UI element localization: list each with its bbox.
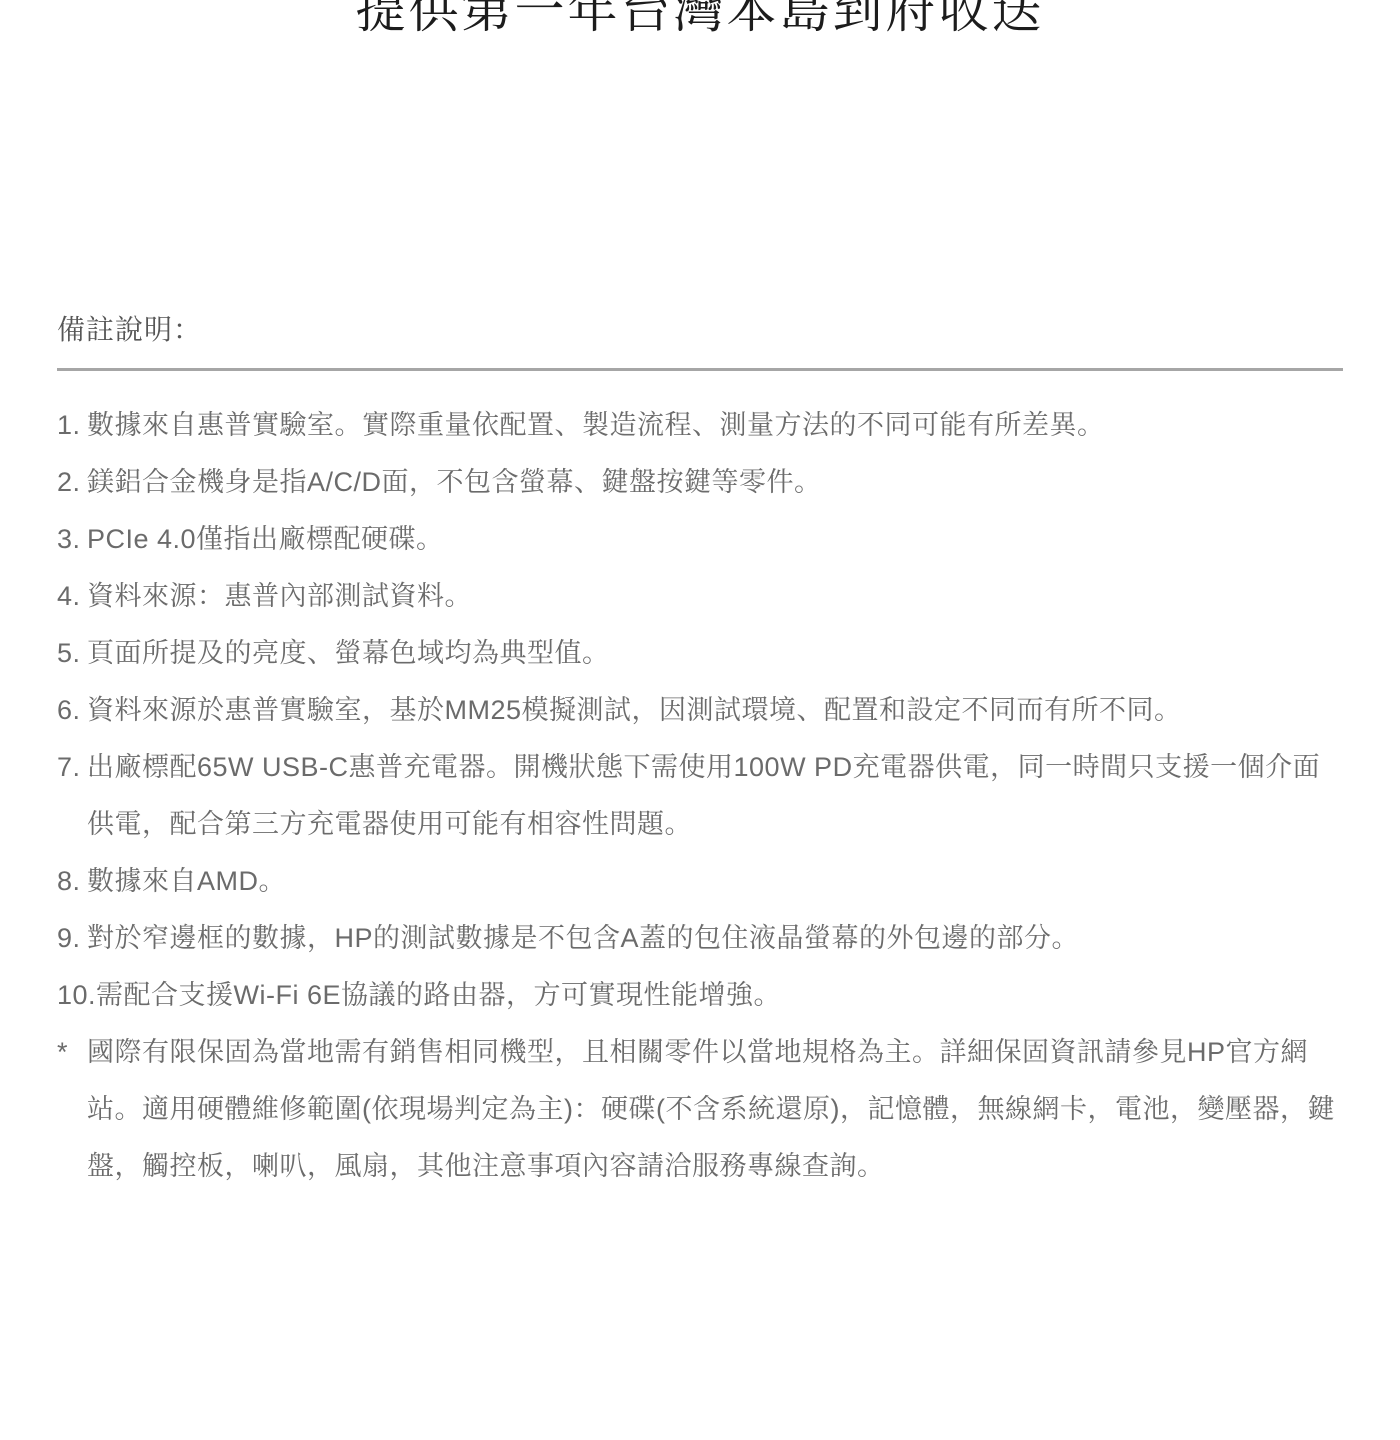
note-text: 頁面所提及的亮度、螢幕色域均為典型值。 [87, 625, 1343, 682]
note-text: 鎂鋁合金機身是指A/C/D面，不包含螢幕、鍵盤按鍵等零件。 [87, 454, 1343, 511]
note-marker: 3. [57, 511, 87, 568]
note-text: 對於窄邊框的數據，HP的測試數據是不包含A蓋的包住液晶螢幕的外包邊的部分。 [87, 910, 1343, 967]
product-notes-page: 提供第一年台灣本島到府收送 備註說明： 1.數據來自惠普實驗室。實際重量依配置、… [0, 0, 1400, 1440]
note-text: 需配合支援Wi-Fi 6E協議的路由器，方可實現性能增強。 [96, 967, 1343, 1024]
note-item: 5.頁面所提及的亮度、螢幕色域均為典型值。 [57, 625, 1343, 682]
note-marker: 8. [57, 853, 87, 910]
note-marker: 5. [57, 625, 87, 682]
notes-section-label: 備註說明： [57, 313, 1343, 347]
note-item: 1.數據來自惠普實驗室。實際重量依配置、製造流程、測量方法的不同可能有所差異。 [57, 397, 1343, 454]
notes-list: 1.數據來自惠普實驗室。實際重量依配置、製造流程、測量方法的不同可能有所差異。2… [57, 397, 1343, 1195]
note-marker: 7. [57, 739, 87, 853]
note-marker: * [57, 1024, 87, 1195]
note-item: 3.PCIe 4.0僅指出廠標配硬碟。 [57, 511, 1343, 568]
note-text: 數據來自惠普實驗室。實際重量依配置、製造流程、測量方法的不同可能有所差異。 [87, 397, 1343, 454]
note-text: 數據來自AMD。 [87, 853, 1343, 910]
note-item: 7.出廠標配65W USB-C惠普充電器。開機狀態下需使用100W PD充電器供… [57, 739, 1343, 853]
note-item: 6.資料來源於惠普實驗室，基於MM25模擬測試，因測試環境、配置和設定不同而有所… [57, 682, 1343, 739]
note-item: 2.鎂鋁合金機身是指A/C/D面，不包含螢幕、鍵盤按鍵等零件。 [57, 454, 1343, 511]
note-marker: 9. [57, 910, 87, 967]
note-text: 資料來源：惠普內部測試資料。 [87, 568, 1343, 625]
note-text: 出廠標配65W USB-C惠普充電器。開機狀態下需使用100W PD充電器供電，… [87, 739, 1343, 853]
note-item: 10.需配合支援Wi-Fi 6E協議的路由器，方可實現性能增強。 [57, 967, 1343, 1024]
note-text: 國際有限保固為當地需有銷售相同機型，且相關零件以當地規格為主。詳細保固資訊請參見… [87, 1024, 1343, 1195]
section-divider [57, 368, 1343, 371]
note-marker: 2. [57, 454, 87, 511]
note-item: 9.對於窄邊框的數據，HP的測試數據是不包含A蓋的包住液晶螢幕的外包邊的部分。 [57, 910, 1343, 967]
note-marker: 6. [57, 682, 87, 739]
note-marker: 1. [57, 397, 87, 454]
note-marker: 10. [57, 967, 96, 1024]
page-title: 提供第一年台灣本島到府收送 [0, 0, 1400, 35]
note-item: 8.數據來自AMD。 [57, 853, 1343, 910]
note-text: 資料來源於惠普實驗室，基於MM25模擬測試，因測試環境、配置和設定不同而有所不同… [87, 682, 1343, 739]
note-marker: 4. [57, 568, 87, 625]
notes-section: 備註說明： 1.數據來自惠普實驗室。實際重量依配置、製造流程、測量方法的不同可能… [57, 313, 1343, 1195]
note-item: *國際有限保固為當地需有銷售相同機型，且相關零件以當地規格為主。詳細保固資訊請參… [57, 1024, 1343, 1195]
note-item: 4.資料來源：惠普內部測試資料。 [57, 568, 1343, 625]
note-text: PCIe 4.0僅指出廠標配硬碟。 [87, 511, 1343, 568]
